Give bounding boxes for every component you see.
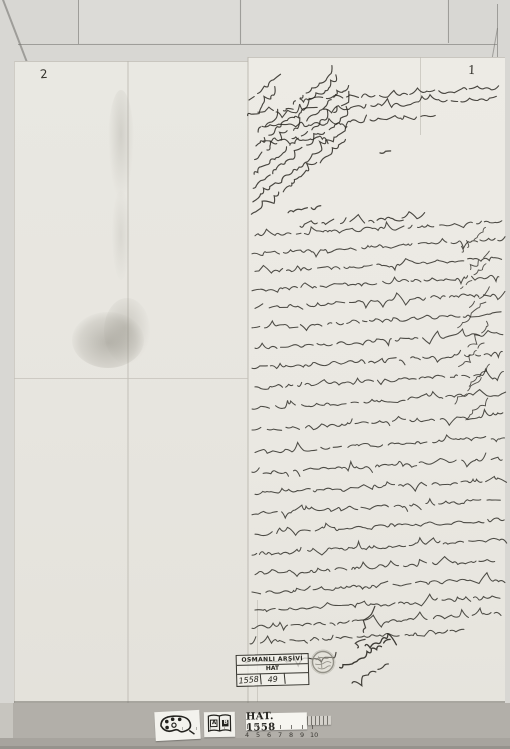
ruler-tick: [280, 725, 281, 729]
ruler-number: 10: [310, 731, 318, 739]
frame-line-vertical: [448, 0, 449, 43]
smudge: [108, 90, 134, 200]
ruler-tick: [269, 725, 270, 729]
ruler-tick: [291, 725, 292, 729]
stamp-number-cell: 49: [261, 673, 286, 686]
ruler-tick: [312, 725, 313, 729]
ruler-number: 5: [256, 731, 260, 739]
caption-label-card: HAT. 1558: [246, 712, 307, 730]
archive-stamp: OSMANLI ARŞİVİ HAT 1558 49: [236, 653, 310, 687]
ruler-tick: [182, 727, 183, 730]
ruler-tick: [302, 725, 303, 729]
page-number-left: 2: [39, 67, 48, 82]
ruler-number: 7: [278, 731, 282, 739]
book-icon: [204, 712, 235, 738]
backing-sheet: [79, 0, 239, 43]
ruler-tick: [210, 727, 211, 730]
ruler-number: 8: [289, 731, 293, 739]
caption-label: HAT. 1558: [246, 710, 307, 733]
ruler-tick: [258, 725, 259, 729]
archival-scan: 2 1 OSMANLI ARŞİVİ HAT 1558 49: [0, 0, 510, 749]
reference-book-card: A B: [204, 712, 235, 738]
stamp-number-cell: 1558: [237, 673, 262, 686]
ruler-tick: [196, 727, 197, 730]
ruler-number: 4: [245, 731, 249, 739]
color-palette-card: [154, 710, 200, 741]
frame-line-vertical: [240, 0, 241, 44]
page-number-right: 1: [468, 63, 476, 77]
frame-line-vertical: [78, 0, 79, 44]
book-letter-a: A: [212, 720, 216, 726]
fold-crease: [14, 378, 248, 379]
ruler-graduated-end: [307, 716, 331, 725]
frame-line-horizontal: [18, 44, 497, 45]
fold-crease: [420, 57, 421, 135]
fold-crease: [257, 600, 258, 702]
ruler-number: 9: [300, 731, 304, 739]
stamp-number-cell: [285, 672, 309, 685]
ink-stain: [104, 298, 150, 364]
palette-icon: [154, 710, 200, 741]
ruler-tick: [247, 725, 248, 729]
frame-corner-mark: [2, 0, 27, 63]
book-letter-b: B: [224, 720, 228, 726]
backing-sheet: [242, 0, 447, 43]
ruler-tick: [224, 727, 225, 730]
document-sheet-right-half: [248, 57, 505, 704]
center-fold: [247, 57, 249, 703]
seal-stamp: [308, 647, 337, 676]
smudge: [112, 190, 130, 280]
ruler-number: 6: [267, 731, 271, 739]
